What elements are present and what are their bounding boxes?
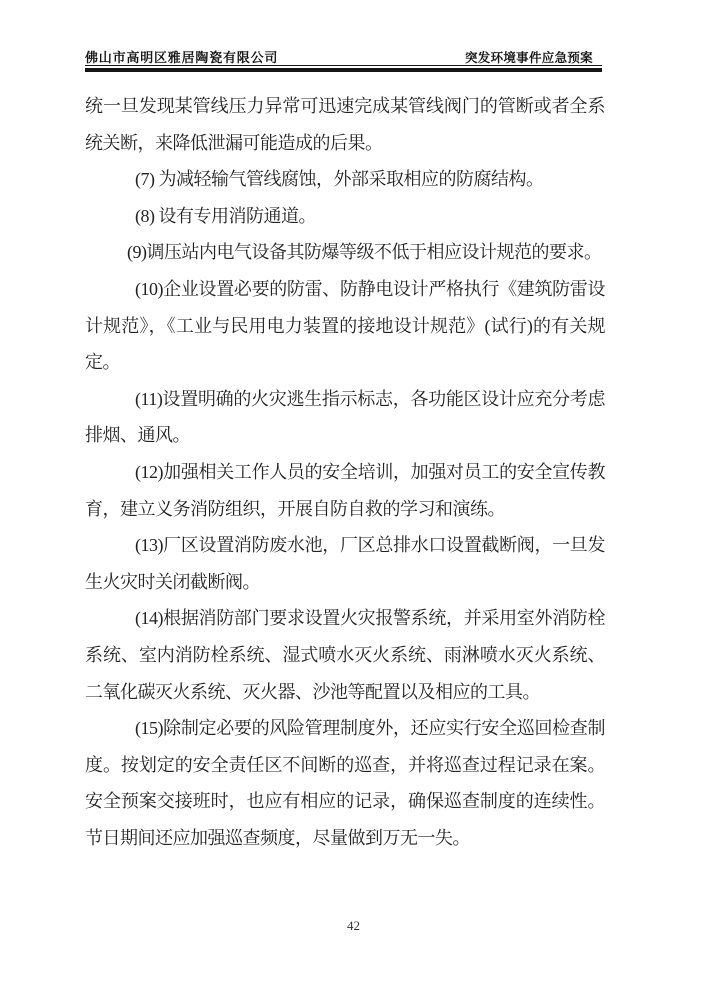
page-number: 42 <box>0 918 707 934</box>
paragraph-2: (7) 为减轻输气管线腐蚀，外部采取相应的防腐结构。 <box>85 161 605 198</box>
paragraph-5: (10)企业设置必要的防雷、防静电设计严格执行《建筑防雷设计规范》，《工业与民用… <box>85 271 605 381</box>
paragraph-9: (14)根据消防部门要求设置火灾报警系统，并采用室外消防栓系统、室内消防栓系统、… <box>85 600 605 710</box>
document-page: 佛山市高明区雅居陶瓷有限公司 突发环境事件应急预案 统一旦发现某管线压力异常可迅… <box>0 0 707 1000</box>
body-text: 统一旦发现某管线压力异常可迅速完成某管线阀门的管断或者全系统关断，来降低泄漏可能… <box>85 88 605 856</box>
paragraph-8: (13)厂区设置消防废水池，厂区总排水口设置截断阀，一旦发生火灾时关闭截断阀。 <box>85 527 605 600</box>
paragraph-6: (11)设置明确的火灾逃生指示标志，各功能区设计应充分考虑排烟、通风。 <box>85 381 605 454</box>
header-company-name: 佛山市高明区雅居陶瓷有限公司 <box>85 47 278 66</box>
paragraph-3: (8) 设有专用消防通道。 <box>85 198 605 235</box>
paragraph-10: (15)除制定必要的风险管理制度外，还应实行安全巡回检查制度。按划定的安全责任区… <box>85 710 605 856</box>
header-doc-title: 突发环境事件应急预案 <box>465 48 593 66</box>
paragraph-1: 统一旦发现某管线压力异常可迅速完成某管线阀门的管断或者全系统关断，来降低泄漏可能… <box>85 88 605 161</box>
paragraph-4: (9)调压站内电气设备其防爆等级不低于相应设计规范的要求。 <box>85 234 605 271</box>
paragraph-7: (12)加强相关工作人员的安全培训，加强对员工的安全宣传教育，建立义务消防组织，… <box>85 454 605 527</box>
header-rule-thick <box>85 68 602 72</box>
header-rule-thin <box>85 65 602 66</box>
